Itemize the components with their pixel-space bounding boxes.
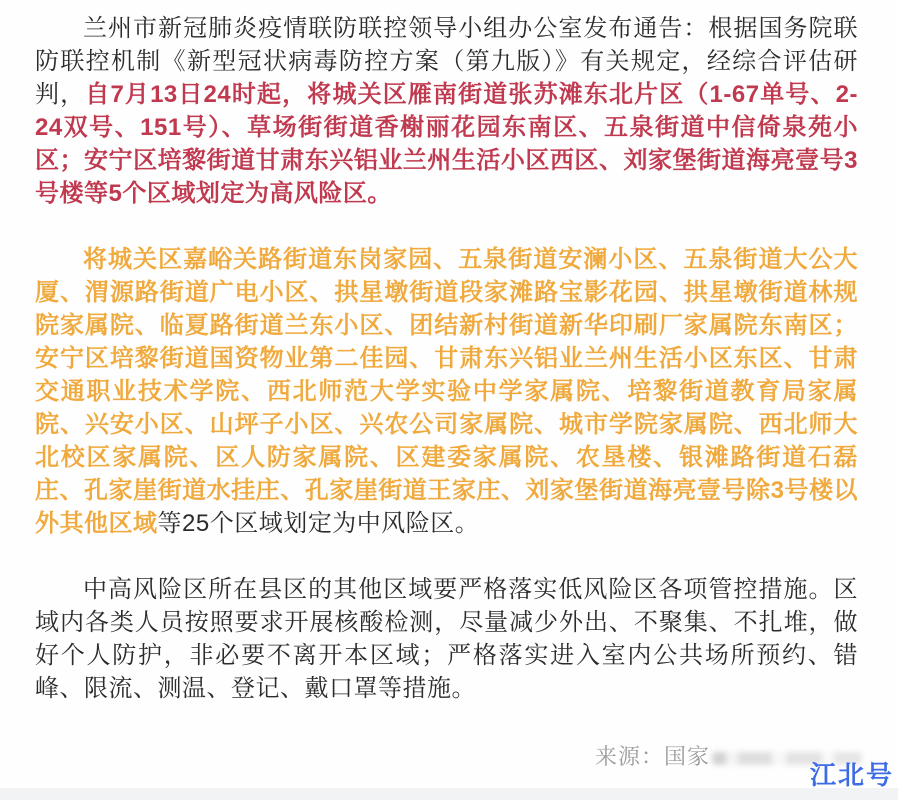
watermark-jiangbeihao: 江北号 <box>810 755 894 792</box>
paragraph-control-measures: 中高风险区所在县区的其他区域要严格落实低风险区各项管控措施。区域内各类人员按照要… <box>35 573 858 705</box>
paragraph-medium-risk: 将城关区嘉峪关路街道东岗家园、五泉街道安澜小区、五泉街道大公大厦、渭源路街道广电… <box>35 243 858 540</box>
high-risk-areas-text: 自7月13日24时起，将城关区雁南街道张苏滩东北片区（1-67单号、2-24双号… <box>35 81 858 207</box>
paragraph-high-risk: 兰州市新冠肺炎疫情联防联控领导小组办公室发布通告：根据国务院联防联控机制《新型冠… <box>35 12 858 210</box>
announcement-page: 兰州市新冠肺炎疫情联防联控领导小组办公室发布通告：根据国务院联防联控机制《新型冠… <box>0 0 898 800</box>
medium-risk-suffix-text: 等25个区域划定为中风险区。 <box>158 510 480 537</box>
control-measures-text: 中高风险区所在县区的其他区域要严格落实低风险区各项管控措施。区域内各类人员按照要… <box>35 576 858 702</box>
source-label: 来源：国家 <box>595 744 710 769</box>
bottom-edge-strip <box>0 788 898 800</box>
medium-risk-areas-text: 将城关区嘉峪关路街道东岗家园、五泉街道安澜小区、五泉街道大公大厦、渭源路街道广电… <box>35 246 858 537</box>
